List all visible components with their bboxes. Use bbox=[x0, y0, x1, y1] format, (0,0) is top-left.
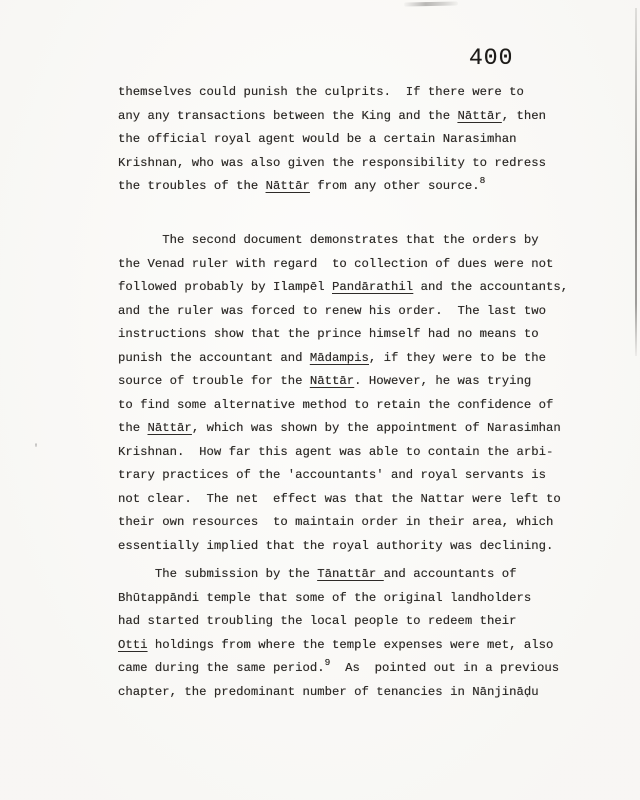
scan-smudge bbox=[404, 1, 458, 6]
text-run: from any other source. bbox=[310, 179, 480, 193]
text-run: . However, he was trying bbox=[354, 374, 531, 388]
text-line: instructions show that the prince himsel… bbox=[118, 323, 568, 347]
text-line: to find some alternative method to retai… bbox=[118, 394, 568, 418]
text-run: instructions show that the prince himsel… bbox=[118, 327, 539, 341]
text-line: Otti holdings from where the temple expe… bbox=[118, 634, 559, 658]
text-line: came during the same period.9 As pointed… bbox=[118, 657, 559, 681]
text-line: punish the accountant and Mādampis, if t… bbox=[118, 347, 568, 371]
text-line: followed probably by Ilampēl Pandārathil… bbox=[118, 276, 568, 300]
text-run: had started troubling the local people t… bbox=[118, 614, 516, 628]
scan-edge-line bbox=[635, 8, 637, 356]
text-run: and the ruler was forced to renew his or… bbox=[118, 304, 546, 318]
text-line: any any transactions between the King an… bbox=[118, 105, 546, 129]
text-line: the troubles of the Nāttār from any othe… bbox=[118, 175, 546, 199]
text-run: As pointed out in a previous bbox=[330, 661, 559, 675]
underlined-term: Nāttār bbox=[457, 109, 501, 123]
scanned-page: 400 themselves could punish the culprits… bbox=[0, 0, 640, 800]
footnote-marker: 8 bbox=[480, 175, 486, 186]
text-run: the troubles of the bbox=[118, 179, 266, 193]
text-run: holdings from where the temple expenses … bbox=[148, 638, 554, 652]
text-line: their own resources to maintain order in… bbox=[118, 511, 568, 535]
text-line: the Nāttār, which was shown by the appoi… bbox=[118, 417, 568, 441]
text-run: The submission by the bbox=[118, 567, 317, 581]
scan-speck: ' bbox=[33, 444, 39, 455]
paragraph: The second document demonstrates that th… bbox=[118, 229, 568, 558]
underlined-term: Nāttār bbox=[310, 374, 354, 388]
underlined-term: Nāttār bbox=[266, 179, 310, 193]
text-line: themselves could punish the culprits. If… bbox=[118, 81, 546, 105]
text-line: chapter, the predominant number of tenan… bbox=[118, 681, 559, 705]
text-line: trary practices of the 'accountants' and… bbox=[118, 464, 568, 488]
text-line: the official royal agent would be a cert… bbox=[118, 128, 546, 152]
footnote-marker: 9 bbox=[325, 657, 331, 668]
underlined-term: Tānattār bbox=[317, 567, 383, 581]
text-run: trary practices of the 'accountants' and… bbox=[118, 468, 546, 482]
text-run: , which was shown by the appointment of … bbox=[192, 421, 561, 435]
text-run: themselves could punish the culprits. If… bbox=[118, 85, 524, 99]
text-line: the Venad ruler with regard to collectio… bbox=[118, 253, 568, 277]
text-run: the bbox=[118, 421, 148, 435]
text-line: not clear. The net effect was that the N… bbox=[118, 488, 568, 512]
text-run: The second document demonstrates that th… bbox=[118, 233, 539, 247]
underlined-term: Pandārathil bbox=[332, 280, 413, 294]
text-run: followed probably by Ilampēl bbox=[118, 280, 332, 294]
text-line: The submission by the Tānattār and accou… bbox=[118, 563, 559, 587]
text-run: Bhūtappāndi temple that some of the orig… bbox=[118, 591, 531, 605]
text-run: source of trouble for the bbox=[118, 374, 310, 388]
underlined-term: Nāttār bbox=[148, 421, 192, 435]
text-run: their own resources to maintain order in… bbox=[118, 515, 553, 529]
text-run: the official royal agent would be a cert… bbox=[118, 132, 516, 146]
underlined-term: Mādampis bbox=[310, 351, 369, 365]
text-line: The second document demonstrates that th… bbox=[118, 229, 568, 253]
text-run: the Venad ruler with regard to collectio… bbox=[118, 257, 553, 271]
text-run: Krishnan. How far this agent was able to… bbox=[118, 445, 553, 459]
text-line: Bhūtappāndi temple that some of the orig… bbox=[118, 587, 559, 611]
text-run: not clear. The net effect was that the N… bbox=[118, 492, 561, 506]
text-run: to find some alternative method to retai… bbox=[118, 398, 553, 412]
text-run: Krishnan, who was also given the respons… bbox=[118, 156, 546, 170]
text-line: had started troubling the local people t… bbox=[118, 610, 559, 634]
text-run: any any transactions between the King an… bbox=[118, 109, 457, 123]
text-line: essentially implied that the royal autho… bbox=[118, 535, 568, 559]
page-number: 400 bbox=[469, 45, 513, 71]
text-run: , if they were to be the bbox=[369, 351, 546, 365]
text-run: chapter, the predominant number of tenan… bbox=[118, 685, 539, 699]
text-run: and the accountants, bbox=[413, 280, 568, 294]
text-line: source of trouble for the Nāttār. Howeve… bbox=[118, 370, 568, 394]
text-line: and the ruler was forced to renew his or… bbox=[118, 300, 568, 324]
paragraph: themselves could punish the culprits. If… bbox=[118, 81, 546, 199]
text-line: Krishnan. How far this agent was able to… bbox=[118, 441, 568, 465]
underlined-term: Otti bbox=[118, 638, 148, 652]
text-run: , then bbox=[502, 109, 546, 123]
text-line: Krishnan, who was also given the respons… bbox=[118, 152, 546, 176]
text-run: punish the accountant and bbox=[118, 351, 310, 365]
paragraph: The submission by the Tānattār and accou… bbox=[118, 563, 559, 704]
text-run: came during the same period. bbox=[118, 661, 325, 675]
text-run: essentially implied that the royal autho… bbox=[118, 539, 553, 553]
text-run: and accountants of bbox=[384, 567, 517, 581]
